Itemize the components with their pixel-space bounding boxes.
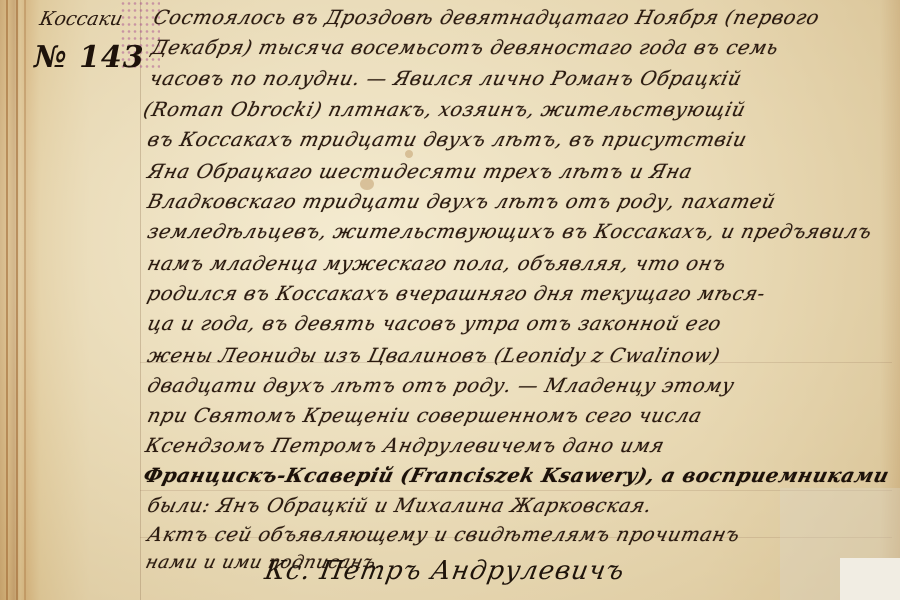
text-line: часовъ по полудни. — Явился лично Романъ… (147, 67, 744, 90)
text-line: были: Янъ Обрацкій и Михалина Жарковская… (145, 494, 655, 517)
text-line: Яна Обрацкаго шестидесяти трехъ лѣтъ и Я… (145, 160, 695, 183)
document-page: Коссаки № 143 Состоялось въ Дроздовѣ дев… (0, 0, 900, 600)
record-number-value: 143 (79, 40, 145, 75)
text-line: жены Леониды изъ Цвалиновъ (Leonidy z Cw… (145, 344, 723, 367)
binding-edge (16, 0, 18, 600)
text-line: Францискъ-Ксаверій (Franciszek Ksawery),… (141, 464, 892, 487)
scan-artifact (840, 558, 900, 600)
text-line: Состоялось въ Дроздовѣ девятнадцатаго Но… (151, 6, 822, 29)
paper-stain (405, 150, 413, 158)
text-line: въ Коссакахъ тридцати двухъ лѣтъ, въ при… (145, 128, 749, 151)
binding-edge (24, 0, 26, 600)
record-number: № 143 (34, 40, 145, 75)
text-line: (Roman Obrocki) плтнакъ, хозяинъ, житель… (141, 98, 748, 121)
text-line: ца и года, въ девять часовъ утра отъ зак… (145, 312, 724, 335)
number-sign: № (34, 40, 68, 75)
text-line: Ксендзомъ Петромъ Андрулевичемъ дано имя (143, 434, 667, 457)
text-line: Декабря) тысяча восемьсотъ девяностаго г… (149, 36, 781, 59)
binding-edge (6, 0, 8, 600)
text-line: Владковскаго тридцати двухъ лѣтъ отъ род… (145, 190, 778, 213)
text-line: родился въ Коссакахъ вчерашняго дня теку… (145, 282, 768, 305)
ruled-margin-line (140, 0, 141, 600)
margin-place-name: Коссаки (38, 8, 125, 30)
text-line: Актъ сей объявляющему и свидѣтелямъ проч… (145, 523, 742, 546)
priest-signature: Кс. Петръ Андрулевичъ (262, 556, 627, 586)
text-line: при Святомъ Крещеніи совершенномъ сего ч… (145, 404, 704, 427)
text-line: намъ младенца мужескаго пола, объявляя, … (145, 252, 729, 275)
text-line: двадцати двухъ лѣтъ отъ роду. — Младенцу… (145, 374, 737, 397)
text-line: земледѣльцевъ, жительствующихъ въ Коссак… (145, 220, 874, 243)
